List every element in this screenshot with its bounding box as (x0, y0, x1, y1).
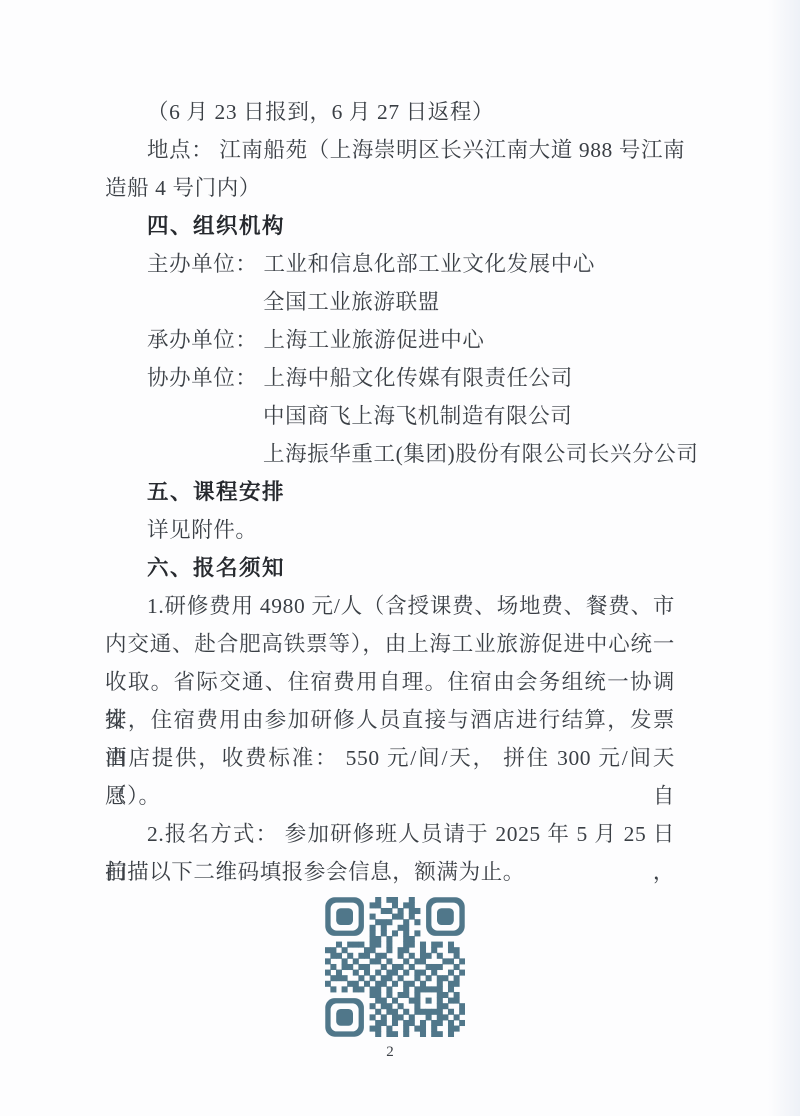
registration-qr-code (325, 897, 465, 1037)
line-report-return-dates: （6 月 23 日报到，6 月 27 日返程） (105, 93, 675, 131)
heading-section-6-registration: 六、报名须知 (105, 549, 675, 587)
line-co-organizer-2: 中国商飞上海飞机制造有限公司 (105, 397, 675, 435)
line-host-unit: 主办单位： 工业和信息化部工业文化发展中心 (105, 245, 675, 283)
line-organizer-unit: 承办单位： 上海工业旅游促进中心 (105, 321, 675, 359)
heading-section-5-schedule: 五、课程安排 (105, 473, 675, 511)
line-see-attachment: 详见附件。 (105, 511, 675, 549)
qr-code-section (105, 897, 675, 1042)
document-body: （6 月 23 日报到，6 月 27 日返程） 地点： 江南船苑（上海崇明区长兴… (105, 93, 675, 891)
scanned-document-page: （6 月 23 日报到，6 月 27 日返程） 地点： 江南船苑（上海崇明区长兴… (0, 0, 800, 1116)
line-co-organizer-1: 协办单位： 上海中船文化传媒有限责任公司 (105, 359, 675, 397)
line-co-organizer-3: 上海振华重工(集团)股份有限公司长兴分公司 (105, 435, 675, 473)
line-fee-4: 排，住宿费用由参加研修人员直接与酒店进行结算，发票由 (105, 701, 675, 739)
line-fee-1: 1.研修费用 4980 元/人（含授课费、场地费、餐费、市 (105, 587, 675, 625)
page-number: 2 (105, 1044, 675, 1061)
line-location-2: 造船 4 号门内） (105, 169, 675, 207)
line-signup-method-1: 2.报名方式： 参加研修班人员请于 2025 年 5 月 25 日前， (105, 815, 675, 853)
line-host-unit-2: 全国工业旅游联盟 (105, 283, 675, 321)
line-fee-2: 内交通、赴合肥高铁票等），由上海工业旅游促进中心统一 (105, 625, 675, 663)
line-fee-5: 酒店提供，收费标准： 550 元/间/天， 拼住 300 元/间天（自 (105, 739, 675, 777)
line-fee-3: 收取。省际交通、住宿费用自理。住宿由会务组统一协调安 (105, 663, 675, 701)
line-location-1: 地点： 江南船苑（上海崇明区长兴江南大道 988 号江南 (105, 131, 675, 169)
heading-section-4-organization: 四、组织机构 (105, 207, 675, 245)
